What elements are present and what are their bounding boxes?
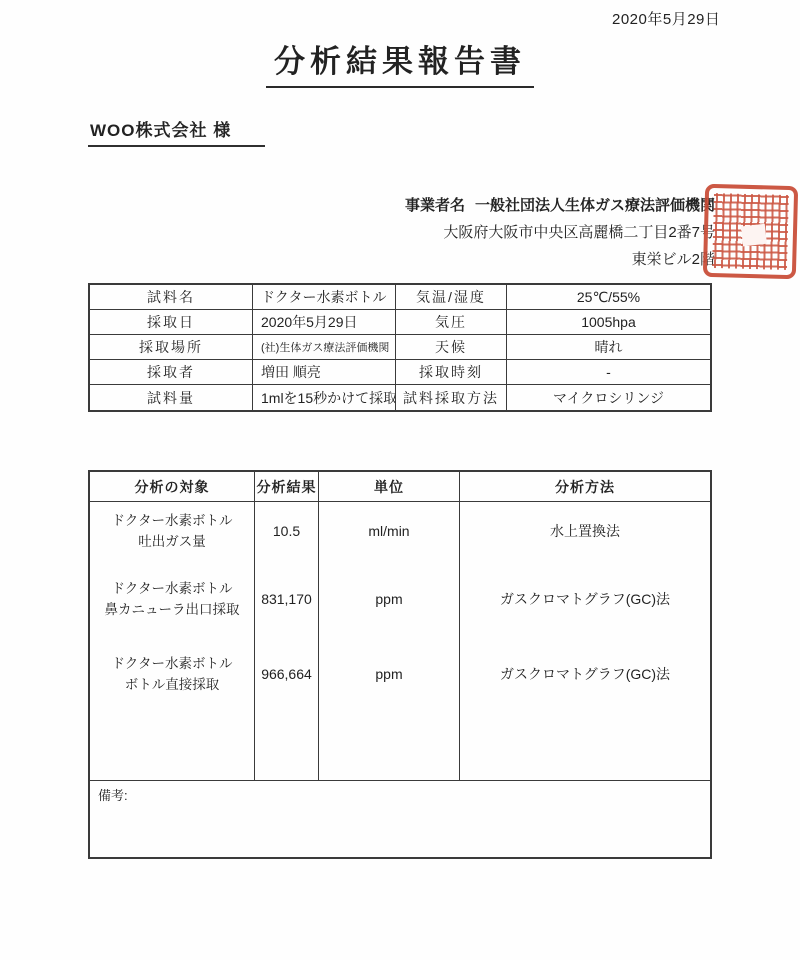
- issuer-address-line1: 大阪府大阪市中央区高麗橋二丁目2番7号: [405, 219, 715, 246]
- analysis-target-line1: ドクター水素ボトル: [112, 653, 233, 674]
- sample-row-value: 1005hpa: [507, 310, 710, 335]
- analysis-header-row: 分析の対象 分析結果 単位 分析方法: [90, 472, 710, 502]
- analysis-empty-row: [90, 710, 710, 780]
- issuer-name: 一般社団法人生体ガス療法評価機関: [475, 197, 715, 214]
- analysis-col-header: 分析結果: [255, 472, 319, 501]
- sample-row-label: 採取日: [90, 310, 253, 335]
- document-date: 2020年5月29日: [612, 8, 720, 29]
- remarks-section: 備考:: [90, 780, 710, 857]
- sample-row-label: 採取場所: [90, 335, 253, 360]
- analysis-col-header: 単位: [319, 472, 460, 501]
- analysis-target: ドクター水素ボトル ボトル直接採取: [90, 637, 255, 710]
- page-title: 分析結果報告書: [266, 36, 534, 88]
- issuer-label: 事業者名: [405, 197, 465, 214]
- analysis-target-line1: ドクター水素ボトル: [112, 510, 233, 531]
- analysis-unit: ml/min: [319, 502, 460, 560]
- sample-row-value: 2020年5月29日: [253, 310, 396, 335]
- sample-row-value: (社)生体ガス療法評価機関: [253, 335, 396, 360]
- sample-row-value: 25℃/55%: [507, 285, 710, 310]
- document-page: 2020年5月29日 分析結果報告書 WOO株式会社 様 事業者名一般社団法人生…: [0, 0, 800, 960]
- analysis-target-line2: 吐出ガス量: [138, 531, 206, 552]
- issuer-address-line2: 東栄ビル2階: [405, 246, 715, 273]
- remarks-label: 備考:: [98, 788, 128, 803]
- analysis-unit: ppm: [319, 637, 460, 710]
- sample-row-label: 採取者: [90, 360, 253, 385]
- sample-row-label: 試料採取方法: [396, 385, 507, 410]
- analysis-result-value: 966,664: [255, 637, 319, 710]
- sample-info-table: 試料名 ドクター水素ボトル 気温/湿度 25℃/55% 採取日 2020年5月2…: [88, 283, 712, 412]
- analysis-target-line2: 鼻カニューラ出口採取: [105, 599, 240, 620]
- analysis-data-row: ドクター水素ボトル 鼻カニューラ出口採取 831,170 ppm ガスクロマトグ…: [90, 560, 710, 637]
- sample-row-value: 増田 順亮: [253, 360, 396, 385]
- sample-row-value: マイクロシリンジ: [507, 385, 710, 410]
- sample-row-label: 気圧: [396, 310, 507, 335]
- sample-row-label: 採取時刻: [396, 360, 507, 385]
- analysis-result-value: 831,170: [255, 560, 319, 637]
- sample-row-label: 天候: [396, 335, 507, 360]
- analysis-target-line2: ボトル直接採取: [125, 674, 220, 695]
- analysis-target: ドクター水素ボトル 鼻カニューラ出口採取: [90, 560, 255, 637]
- sample-row-value: ドクター水素ボトル: [253, 285, 396, 310]
- analysis-result-value: 10.5: [255, 502, 319, 560]
- sample-row-label: 気温/湿度: [396, 285, 507, 310]
- sample-row-label: 試料名: [90, 285, 253, 310]
- sample-row-value: -: [507, 360, 710, 385]
- company-seal-stamp-icon: [703, 184, 798, 279]
- analysis-col-header: 分析方法: [460, 472, 710, 501]
- analysis-method: ガスクロマトグラフ(GC)法: [460, 560, 710, 637]
- analysis-data-row: ドクター水素ボトル 吐出ガス量 10.5 ml/min 水上置換法: [90, 502, 710, 560]
- analysis-col-header: 分析の対象: [90, 472, 255, 501]
- sample-row-value: 晴れ: [507, 335, 710, 360]
- issuer-name-line: 事業者名一般社団法人生体ガス療法評価機関: [405, 192, 715, 219]
- sample-row-label: 試料量: [90, 385, 253, 410]
- addressee: WOO株式会社 様: [88, 116, 265, 147]
- analysis-target-line1: ドクター水素ボトル: [112, 578, 233, 599]
- analysis-result-table: 分析の対象 分析結果 単位 分析方法 ドクター水素ボトル 吐出ガス量 10.5 …: [88, 470, 712, 859]
- analysis-target: ドクター水素ボトル 吐出ガス量: [90, 502, 255, 560]
- issuer-block: 事業者名一般社団法人生体ガス療法評価機関 大阪府大阪市中央区高麗橋二丁目2番7号…: [405, 192, 715, 273]
- analysis-method: ガスクロマトグラフ(GC)法: [460, 637, 710, 710]
- sample-row-value: 1mlを15秒かけて採取: [253, 385, 396, 410]
- analysis-data-row: ドクター水素ボトル ボトル直接採取 966,664 ppm ガスクロマトグラフ(…: [90, 637, 710, 710]
- analysis-method: 水上置換法: [460, 502, 710, 560]
- analysis-unit: ppm: [319, 560, 460, 637]
